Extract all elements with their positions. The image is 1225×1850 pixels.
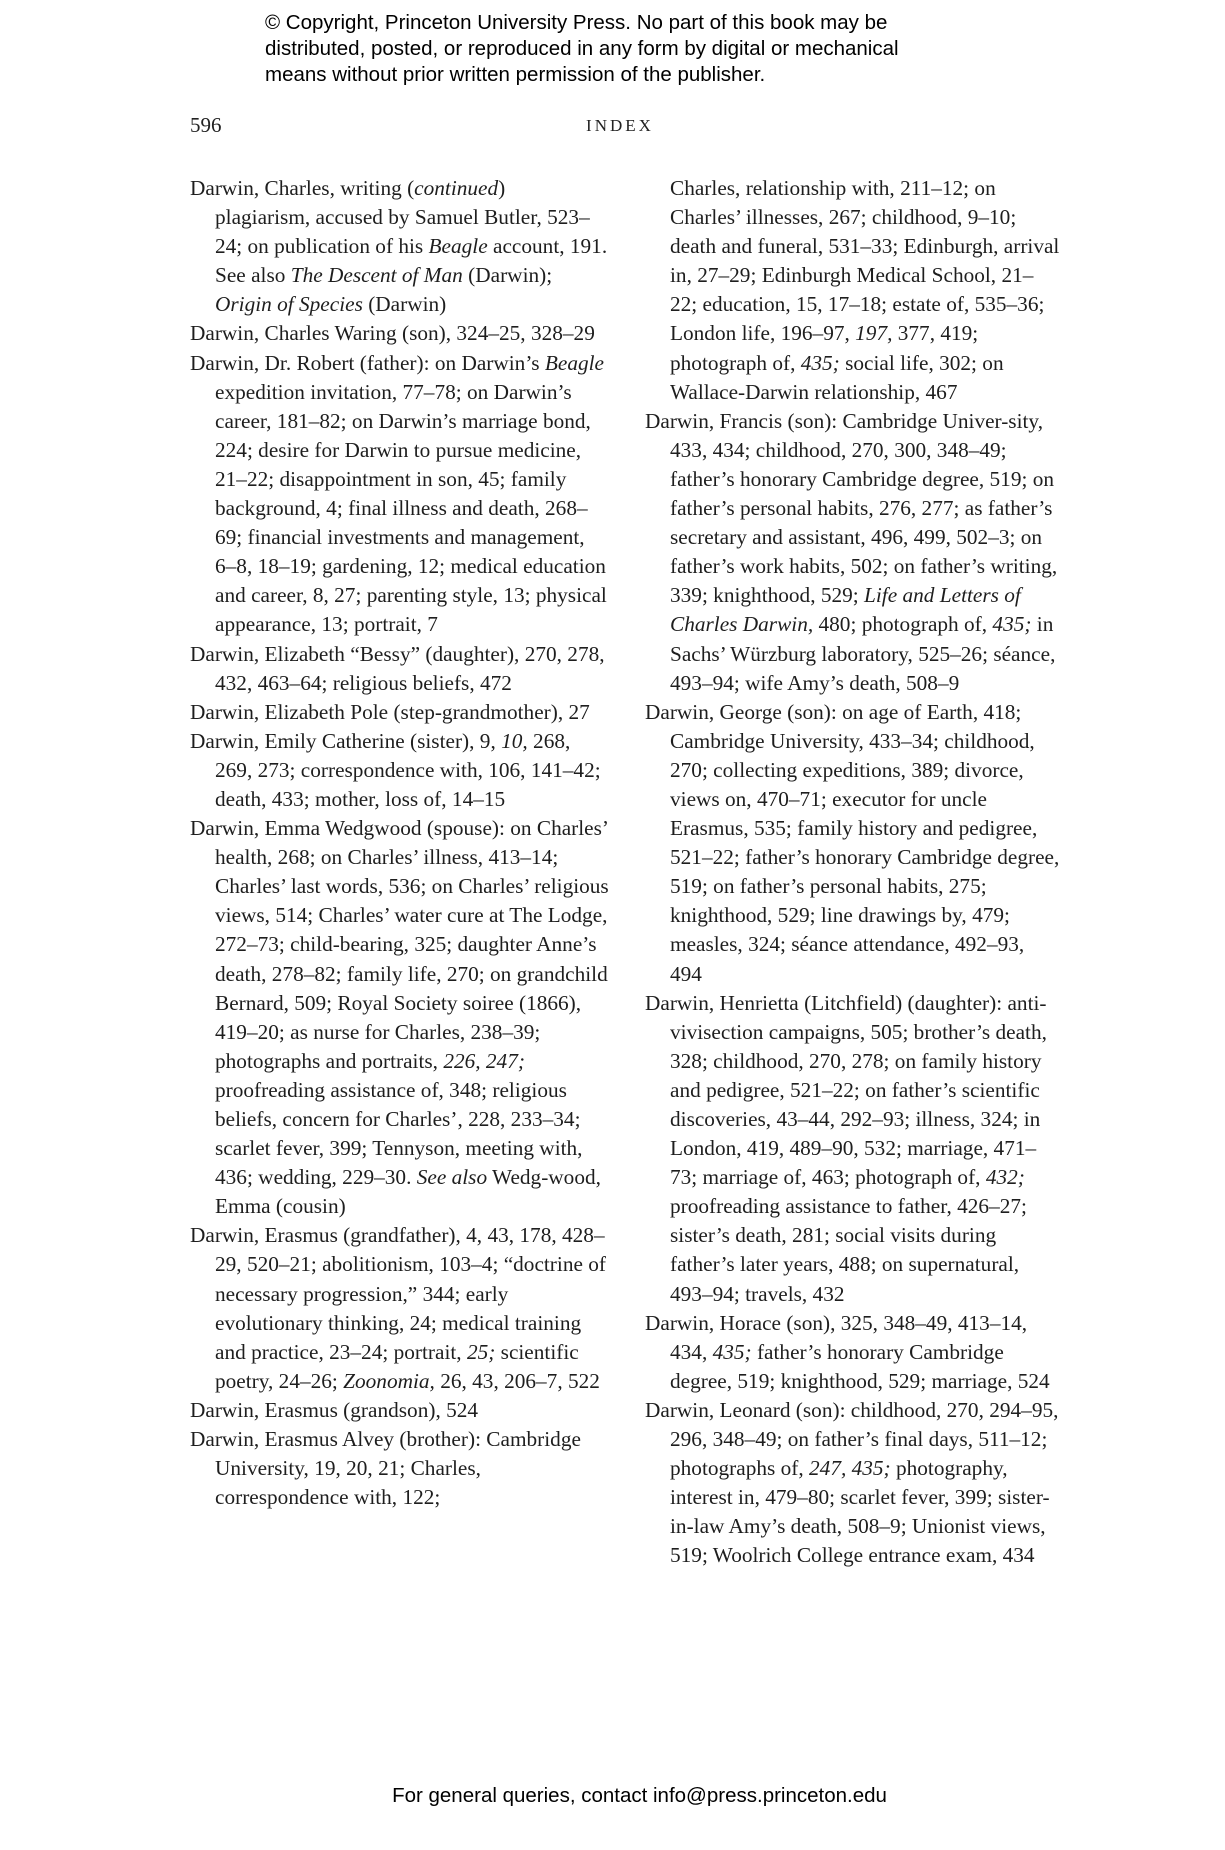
index-entry: Darwin, Horace (son), 325, 348–49, 413–1… — [645, 1309, 1060, 1396]
italic-text: 432; — [986, 1165, 1025, 1189]
italic-text: 435; — [801, 351, 840, 375]
italic-text: continued — [414, 176, 498, 200]
entry-text: 26, 43, 206–7, 522 — [435, 1369, 600, 1393]
entry-text: Darwin, George (son): on age of Earth, 4… — [645, 700, 1059, 986]
index-entry: Darwin, Charles, writing (continued) — [190, 174, 610, 203]
entry-text: Darwin, Erasmus (grandson), 524 — [190, 1398, 478, 1422]
page-title: INDEX — [0, 116, 1225, 136]
index-column-left: Darwin, Charles, writing (continued)plag… — [190, 174, 610, 1512]
footer-contact: For general queries, contact info@press.… — [0, 1784, 1225, 1808]
index-entry: Darwin, Elizabeth Pole (step-grandmother… — [190, 698, 610, 727]
italic-text: 25; — [467, 1340, 495, 1364]
italic-text: 435; — [992, 612, 1031, 636]
italic-text: Origin of Species — [215, 292, 363, 316]
index-entry: Darwin, Erasmus (grandfather), 4, 43, 17… — [190, 1221, 610, 1396]
entry-text: (Darwin); — [463, 263, 552, 287]
entry-text: Darwin, Elizabeth “Bessy” (daughter), 27… — [190, 642, 605, 695]
italic-text: 197, — [855, 321, 892, 345]
entry-text: Darwin, Francis (son): Cambridge Univer-… — [645, 409, 1057, 608]
italic-text: 247, 435; — [809, 1456, 891, 1480]
index-entry: Darwin, Leonard (son): childhood, 270, 2… — [645, 1396, 1060, 1571]
index-entry: Darwin, Charles Waring (son), 324–25, 32… — [190, 319, 610, 348]
italic-text: See also — [417, 1165, 487, 1189]
italic-text: 226, 247; — [443, 1049, 525, 1073]
italic-text: Zoonomia, — [343, 1369, 435, 1393]
entry-text: proofreading assistance to father, 426–2… — [670, 1194, 1027, 1305]
entry-text: 480; photograph of, — [813, 612, 992, 636]
copyright-line: means without prior written permission o… — [265, 62, 1025, 88]
entry-text: Darwin, Elizabeth Pole (step-grandmother… — [190, 700, 590, 724]
running-head: 596 INDEX — [0, 113, 1225, 141]
copyright-line: © Copyright, Princeton University Press.… — [265, 10, 1025, 36]
copyright-notice: © Copyright, Princeton University Press.… — [265, 10, 1025, 88]
entry-text: expedition invitation, 77–78; on Darwin’… — [215, 380, 607, 637]
entry-text: Darwin, Erasmus Alvey (brother): Cambrid… — [190, 1427, 581, 1509]
index-entry: Darwin, Emma Wedgwood (spouse): on Charl… — [190, 814, 610, 1221]
index-entry-continuation: Charles, relationship with, 211–12; on C… — [645, 174, 1060, 407]
entry-text: (Darwin) — [363, 292, 446, 316]
entry-text: Darwin, Dr. Robert (father): on Darwin’s — [190, 351, 545, 375]
italic-text: 435; — [713, 1340, 752, 1364]
index-entry: Darwin, Dr. Robert (father): on Darwin’s… — [190, 349, 610, 640]
italic-text: Beagle — [545, 351, 604, 375]
entry-text: Darwin, Emily Catherine (sister), 9, — [190, 729, 501, 753]
entry-text: Darwin, Emma Wedgwood (spouse): on Charl… — [190, 816, 609, 1073]
italic-text: The Descent of Man — [291, 263, 463, 287]
italic-text: Beagle — [429, 234, 488, 258]
index-entry: Darwin, Francis (son): Cambridge Univer-… — [645, 407, 1060, 698]
index-entry-continuation: plagiarism, accused by Samuel Butler, 52… — [190, 203, 610, 319]
italic-text: 10, — [501, 729, 528, 753]
index-entry: Darwin, George (son): on age of Earth, 4… — [645, 698, 1060, 989]
entry-text: Darwin, Charles Waring (son), 324–25, 32… — [190, 321, 595, 345]
index-entry: Darwin, Elizabeth “Bessy” (daughter), 27… — [190, 640, 610, 698]
index-entry: Darwin, Erasmus Alvey (brother): Cambrid… — [190, 1425, 610, 1512]
entry-text: ) — [498, 176, 505, 200]
index-entry: Darwin, Erasmus (grandson), 524 — [190, 1396, 610, 1425]
index-column-right: Charles, relationship with, 211–12; on C… — [645, 174, 1060, 1571]
entry-text: Darwin, Henrietta (Litchfield) (daughter… — [645, 991, 1047, 1190]
footer-text: For general queries, contact info@press.… — [392, 1784, 887, 1807]
copyright-line: distributed, posted, or reproduced in an… — [265, 36, 1025, 62]
entry-text: Darwin, Charles, writing ( — [190, 176, 414, 200]
index-entry: Darwin, Henrietta (Litchfield) (daughter… — [645, 989, 1060, 1309]
index-entry: Darwin, Emily Catherine (sister), 9, 10,… — [190, 727, 610, 814]
